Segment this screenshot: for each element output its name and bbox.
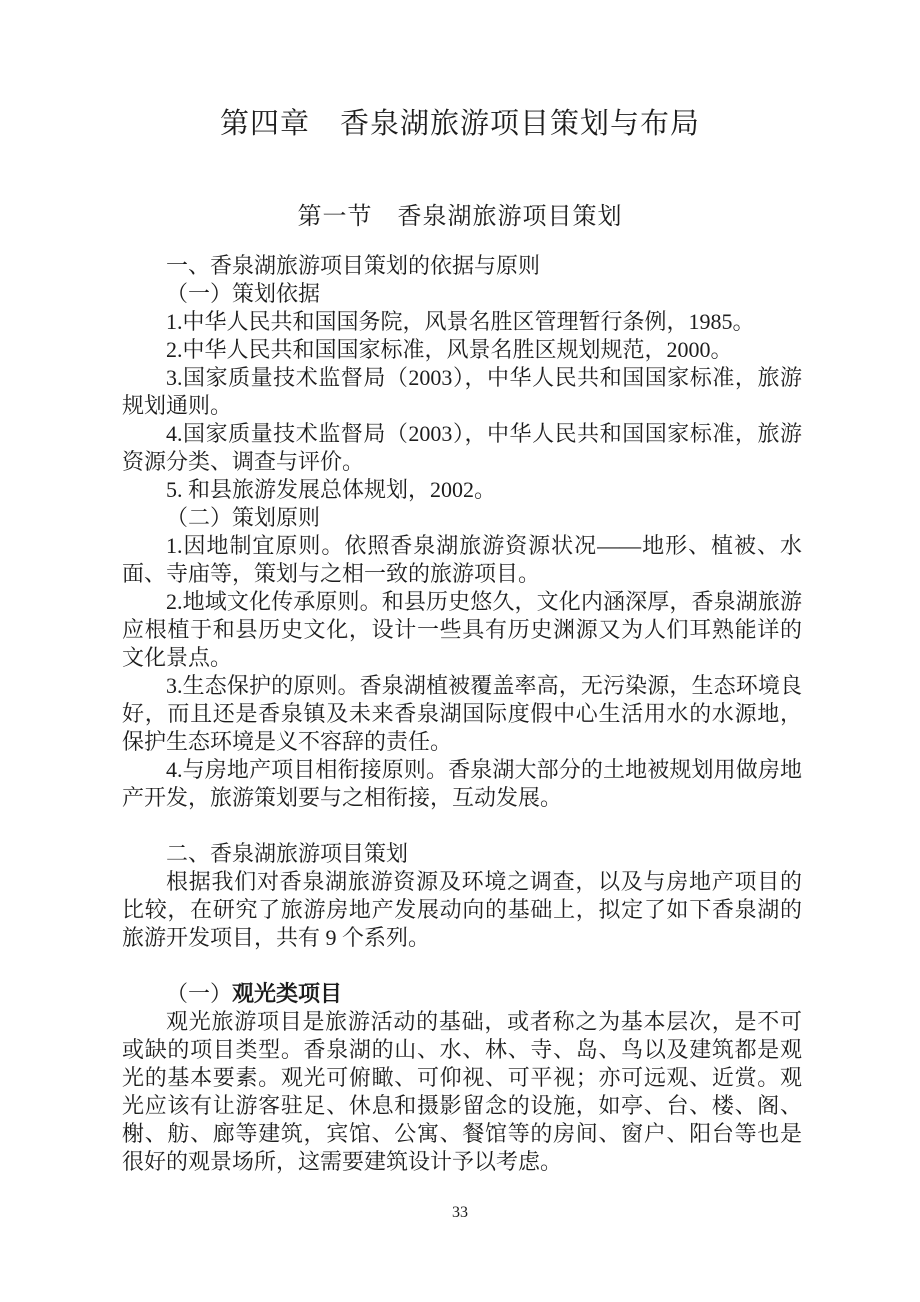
- list-item-basis-3: 3.国家质量技术监督局（2003），中华人民共和国国家标准，旅游规划通则。: [122, 364, 802, 420]
- subheading-planning-principles: （二）策划原则: [122, 504, 802, 532]
- list-item-basis-5: 5. 和县旅游发展总体规划，2002。: [122, 476, 802, 504]
- list-item-principle-1: 1.因地制宜原则。依照香泉湖旅游资源状况——地形、植被、水面、寺庙等，策划与之相…: [122, 532, 802, 588]
- list-item-basis-2: 2.中华人民共和国国家标准，风景名胜区规划规范，2000。: [122, 336, 802, 364]
- heading-bold-title: 观光类项目: [232, 981, 342, 1006]
- chapter-title: 第四章 香泉湖旅游项目策划与布局: [0, 0, 920, 144]
- heading-basis-and-principles: 一、香泉湖旅游项目策划的依据与原则: [122, 252, 802, 280]
- body-text-block: 一、香泉湖旅游项目策划的依据与原则 （一）策划依据 1.中华人民共和国国务院，风…: [122, 252, 802, 1176]
- subheading-planning-basis: （一）策划依据: [122, 280, 802, 308]
- paragraph-project-overview: 根据我们对香泉湖旅游资源及环境之调查，以及与房地产项目的比较，在研究了旅游房地产…: [122, 868, 802, 952]
- heading-project-planning: 二、香泉湖旅游项目策划: [122, 840, 802, 868]
- page-number: 33: [0, 1203, 920, 1223]
- paragraph-sightseeing-description: 观光旅游项目是旅游活动的基础，或者称之为基本层次，是不可或缺的项目类型。香泉湖的…: [122, 1008, 802, 1176]
- heading-sightseeing-projects: （一）观光类项目: [122, 980, 802, 1008]
- list-item-basis-4: 4.国家质量技术监督局（2003），中华人民共和国国家标准，旅游资源分类、调查与…: [122, 420, 802, 476]
- heading-number-prefix: （一）: [166, 981, 232, 1006]
- document-page: 第四章 香泉湖旅游项目策划与布局 第一节 香泉湖旅游项目策划 一、香泉湖旅游项目…: [0, 0, 920, 1302]
- list-item-principle-4: 4.与房地产项目相衔接原则。香泉湖大部分的土地被规划用做房地产开发，旅游策划要与…: [122, 756, 802, 812]
- list-item-principle-3: 3.生态保护的原则。香泉湖植被覆盖率高，无污染源，生态环境良好，而且还是香泉镇及…: [122, 672, 802, 756]
- list-item-principle-2: 2.地域文化传承原则。和县历史悠久，文化内涵深厚，香泉湖旅游应根植于和县历史文化…: [122, 588, 802, 672]
- section-title: 第一节 香泉湖旅游项目策划: [0, 200, 920, 234]
- list-item-basis-1: 1.中华人民共和国国务院，风景名胜区管理暂行条例，1985。: [122, 308, 802, 336]
